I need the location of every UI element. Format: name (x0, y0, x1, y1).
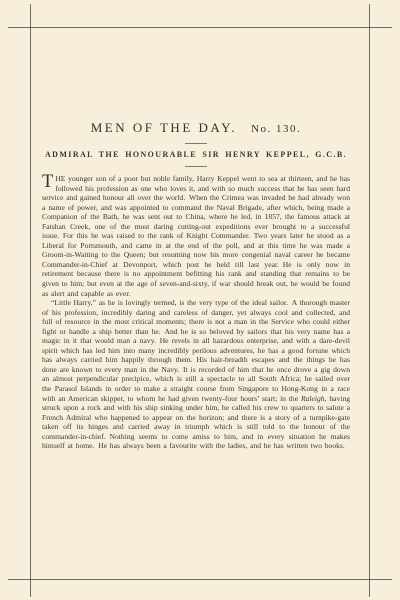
paragraph-1-text: HE younger son of a poor but noble famil… (42, 174, 350, 298)
divider-rule-lower (185, 166, 207, 167)
paragraph-1: THE younger son of a poor but noble fami… (42, 174, 350, 298)
drop-cap: T (42, 174, 55, 191)
article-content: MEN OF THE DAY.No. 130. ADMIRAL THE HONO… (42, 120, 350, 451)
series-title: MEN OF THE DAY. (91, 120, 237, 135)
border-frame-top-rule (8, 27, 392, 28)
border-frame-bottom-rule (8, 579, 392, 580)
border-frame-right-rule (369, 4, 370, 597)
masthead: MEN OF THE DAY.No. 130. (42, 120, 350, 136)
article-subject-title: ADMIRAL THE HONOURABLE SIR HENRY KEPPEL,… (42, 150, 350, 159)
divider-rule-upper (185, 143, 207, 144)
document-page: MEN OF THE DAY.No. 130. ADMIRAL THE HONO… (0, 0, 400, 600)
paragraph-2-text-before-ship: “Little Harry,” as he is lovingly termed… (42, 298, 350, 402)
border-frame-left-rule (30, 4, 31, 597)
issue-number: No. 130. (251, 123, 301, 135)
paragraph-2: “Little Harry,” as he is lovingly termed… (42, 298, 350, 451)
article-body: THE younger son of a poor but noble fami… (42, 174, 350, 451)
ship-name-italic: Raleigh (301, 394, 325, 403)
